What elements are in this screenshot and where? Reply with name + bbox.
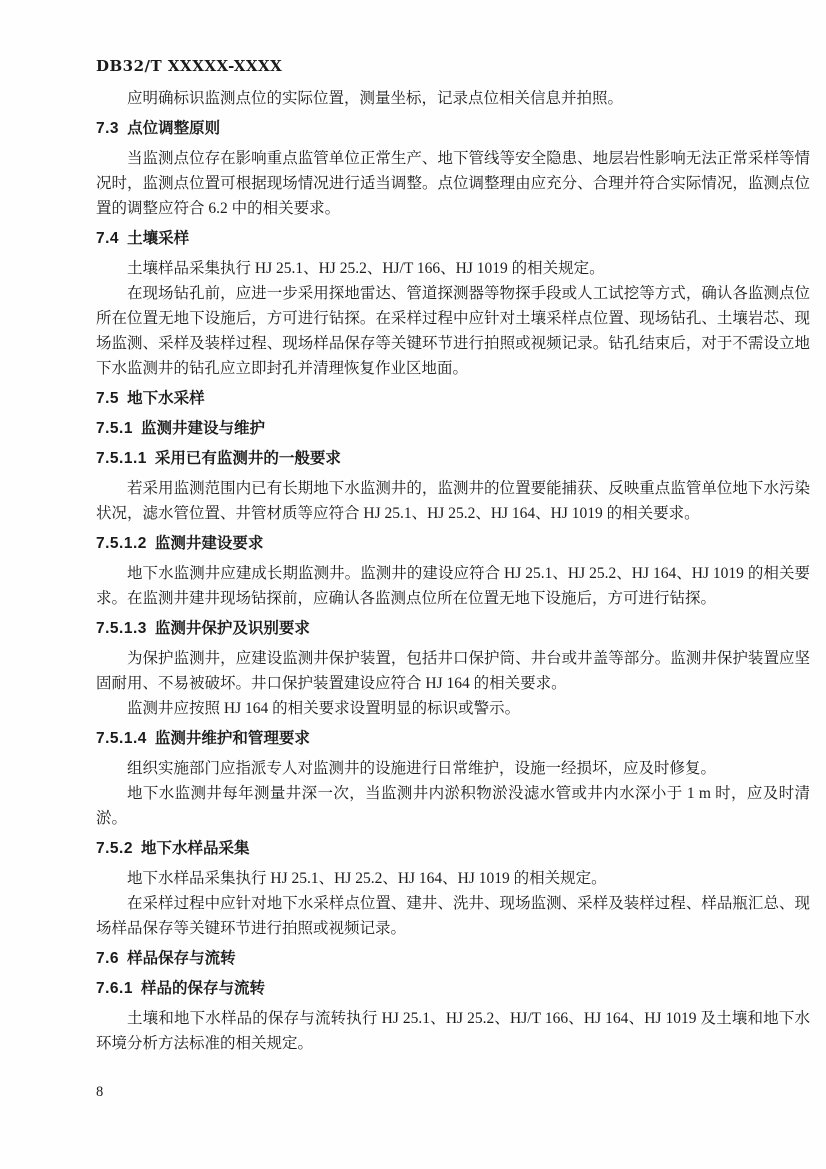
section-title: 采用已有监测井的一般要求 xyxy=(155,450,341,467)
section-number: 7.3 xyxy=(96,120,119,137)
section-number: 7.4 xyxy=(96,230,119,247)
paragraph: 当监测点位存在影响重点监管单位正常生产、地下管线等安全隐患、地层岩性影响无法正常… xyxy=(96,146,810,221)
section-heading-7-3: 7.3点位调整原则 xyxy=(96,116,810,141)
paragraph: 在采样过程中应针对地下水采样点位置、建井、洗井、现场监测、采样及装样过程、样品瓶… xyxy=(96,891,810,941)
section-number: 7.6.1 xyxy=(96,980,133,997)
section-heading-7-4: 7.4土壤采样 xyxy=(96,226,810,251)
document-page: DB32/T XXXXX-XXXX 应明确标识监测点位的实际位置，测量坐标，记录… xyxy=(0,0,826,1169)
paragraph: 土壤和地下水样品的保存与流转执行 HJ 25.1、HJ 25.2、HJ/T 16… xyxy=(96,1006,810,1056)
section-title: 样品的保存与流转 xyxy=(141,980,265,997)
section-title: 样品保存与流转 xyxy=(127,950,236,967)
section-number: 7.5.1 xyxy=(96,420,133,437)
paragraph: 地下水监测井应建成长期监测井。监测井的建设应符合 HJ 25.1、HJ 25.2… xyxy=(96,561,810,611)
section-number: 7.5.1.1 xyxy=(96,450,147,467)
page-number: 8 xyxy=(96,1080,810,1105)
section-heading-7-5: 7.5地下水采样 xyxy=(96,386,810,411)
section-number: 7.5.1.2 xyxy=(96,535,147,552)
section-title: 地下水采样 xyxy=(127,390,205,407)
section-title: 土壤采样 xyxy=(127,230,189,247)
paragraph: 土壤样品采集执行 HJ 25.1、HJ 25.2、HJ/T 166、HJ 101… xyxy=(96,256,810,281)
section-number: 7.5.1.3 xyxy=(96,620,147,637)
section-heading-7-5-2: 7.5.2地下水样品采集 xyxy=(96,836,810,861)
section-number: 7.5 xyxy=(96,390,119,407)
document-code-header: DB32/T XXXXX-XXXX xyxy=(96,54,810,79)
paragraph: 应明确标识监测点位的实际位置，测量坐标，记录点位相关信息并拍照。 xyxy=(96,86,810,111)
section-title: 地下水样品采集 xyxy=(141,840,250,857)
paragraph: 为保护监测井，应建设监测井保护装置，包括井口保护筒、井台或井盖等部分。监测井保护… xyxy=(96,646,810,696)
section-number: 7.6 xyxy=(96,950,119,967)
paragraph: 监测井应按照 HJ 164 的相关要求设置明显的标识或警示。 xyxy=(96,696,810,721)
section-heading-7-6: 7.6样品保存与流转 xyxy=(96,946,810,971)
section-title: 监测井维护和管理要求 xyxy=(155,730,310,747)
paragraph: 地下水监测井每年测量井深一次，当监测井内淤积物淤没滤水管或井内水深小于 1 m … xyxy=(96,781,810,831)
section-title: 点位调整原则 xyxy=(127,120,220,137)
paragraph: 在现场钻孔前，应进一步采用探地雷达、管道探测器等物探手段或人工试挖等方式，确认各… xyxy=(96,281,810,381)
section-heading-7-5-1-4: 7.5.1.4监测井维护和管理要求 xyxy=(96,726,810,751)
section-number: 7.5.2 xyxy=(96,840,133,857)
section-heading-7-5-1-3: 7.5.1.3监测井保护及识别要求 xyxy=(96,616,810,641)
section-heading-7-6-1: 7.6.1样品的保存与流转 xyxy=(96,976,810,1001)
section-title: 监测井保护及识别要求 xyxy=(155,620,310,637)
document-body: 应明确标识监测点位的实际位置，测量坐标，记录点位相关信息并拍照。7.3点位调整原… xyxy=(96,86,810,1056)
section-heading-7-5-1-2: 7.5.1.2监测井建设要求 xyxy=(96,531,810,556)
section-title: 监测井建设与维护 xyxy=(141,420,265,437)
section-heading-7-5-1: 7.5.1监测井建设与维护 xyxy=(96,416,810,441)
document-content: DB32/T XXXXX-XXXX 应明确标识监测点位的实际位置，测量坐标，记录… xyxy=(96,54,810,1105)
section-number: 7.5.1.4 xyxy=(96,730,147,747)
paragraph: 若采用监测范围内已有长期地下水监测井的，监测井的位置要能捕获、反映重点监管单位地… xyxy=(96,476,810,526)
section-heading-7-5-1-1: 7.5.1.1采用已有监测井的一般要求 xyxy=(96,446,810,471)
paragraph: 组织实施部门应指派专人对监测井的设施进行日常维护，设施一经损坏，应及时修复。 xyxy=(96,756,810,781)
section-title: 监测井建设要求 xyxy=(155,535,264,552)
paragraph: 地下水样品采集执行 HJ 25.1、HJ 25.2、HJ 164、HJ 1019… xyxy=(96,866,810,891)
